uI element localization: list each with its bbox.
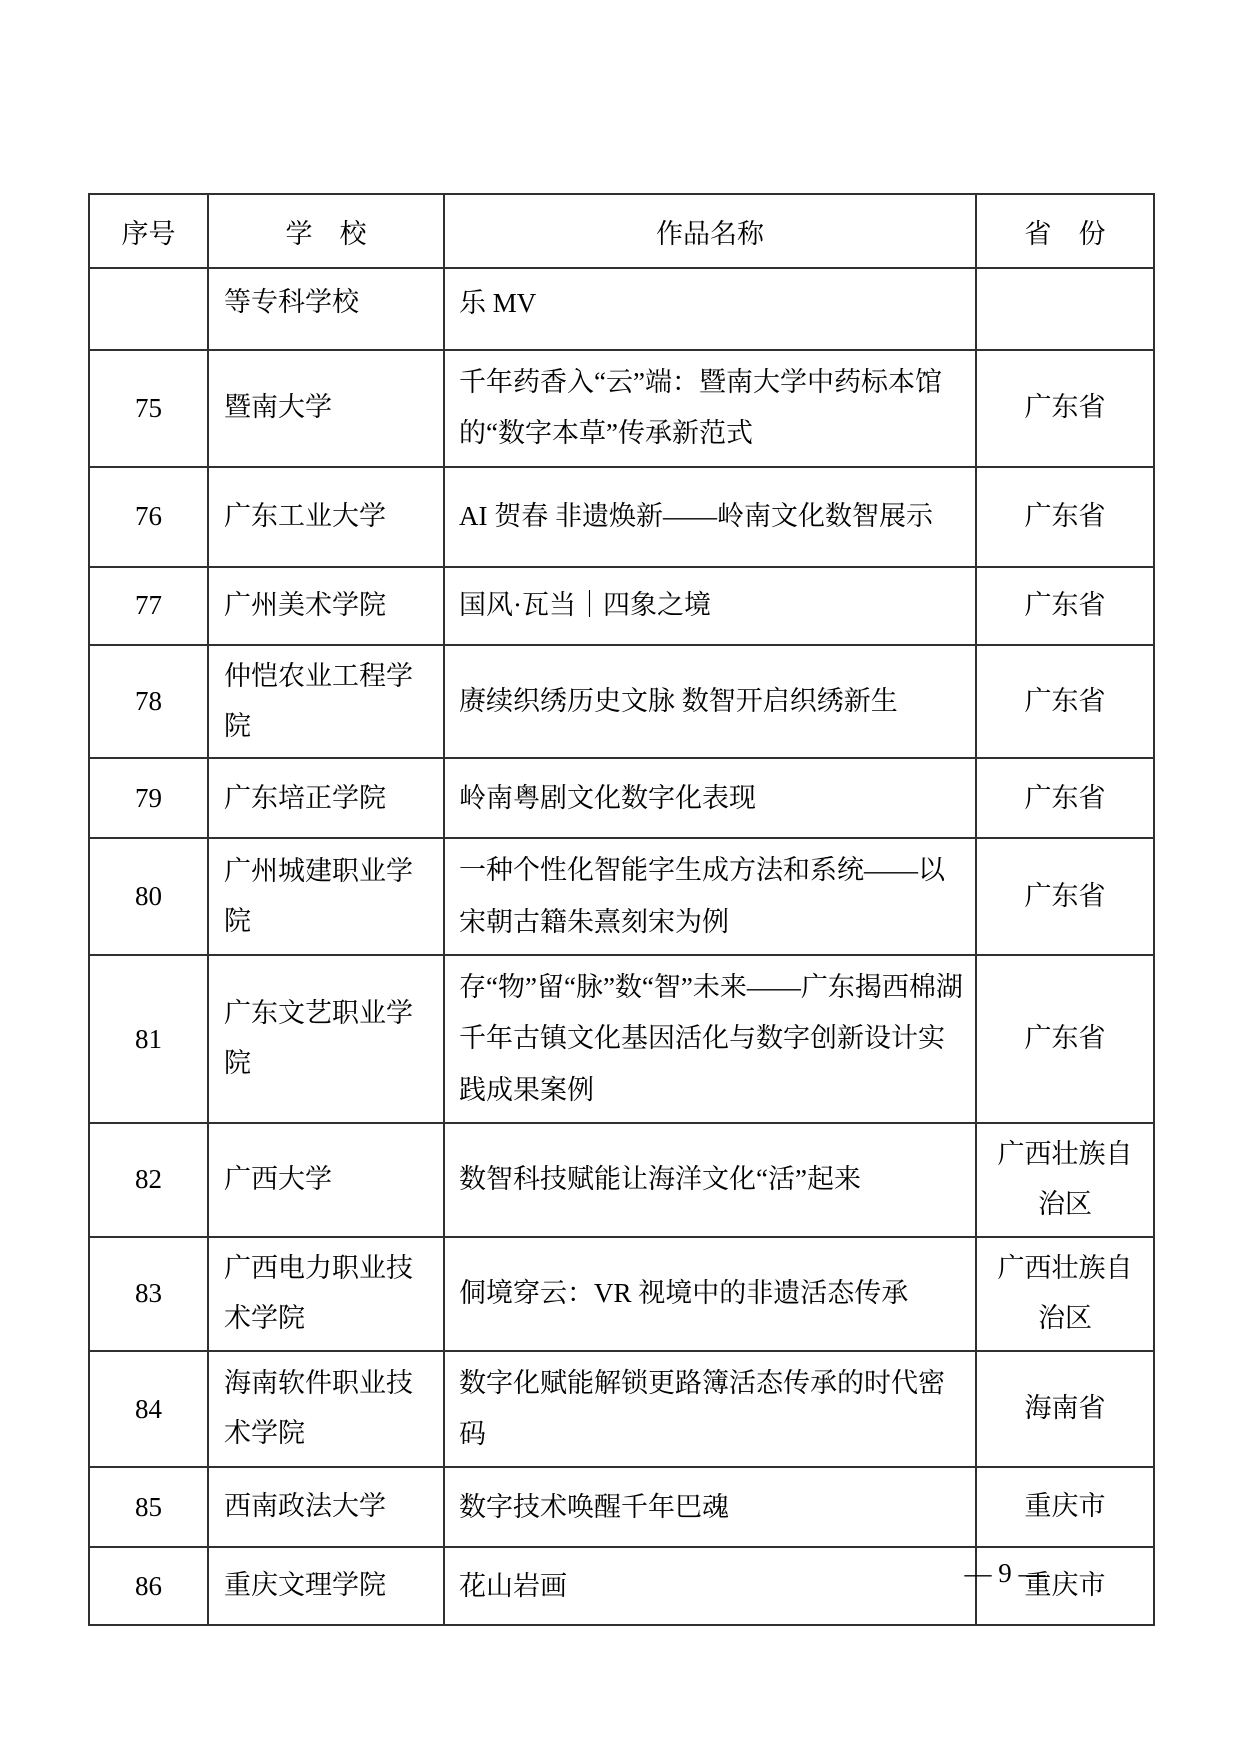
cell-work: 存“物”留“脉”数“智”未来——广东揭西棉湖千年古镇文化基因活化与数字创新设计实… <box>444 955 976 1123</box>
cell-no <box>89 268 208 350</box>
cell-school: 暨南大学 <box>208 350 444 467</box>
awards-table: 序号 学 校 作品名称 省 份 等专科学校 乐 MV 75 暨南大学 千年药香入… <box>88 193 1155 1626</box>
cell-province: 重庆市 <box>976 1467 1154 1547</box>
cell-work: AI 贺春 非遗焕新——岭南文化数智展示 <box>444 467 976 567</box>
table-row-76: 76 广东工业大学 AI 贺春 非遗焕新——岭南文化数智展示 广东省 <box>89 467 1154 567</box>
cell-no: 84 <box>89 1351 208 1468</box>
cell-no: 75 <box>89 350 208 467</box>
cell-school: 广西大学 <box>208 1123 444 1237</box>
cell-province: 广西壮族自治区 <box>976 1123 1154 1237</box>
table-row-75: 75 暨南大学 千年药香入“云”端：暨南大学中药标本馆的“数字本草”传承新范式 … <box>89 350 1154 467</box>
header-school: 学 校 <box>208 194 444 268</box>
cell-no: 76 <box>89 467 208 567</box>
table-row-83: 83 广西电力职业技术学院 侗境穿云：VR 视境中的非遗活态传承 广西壮族自治区 <box>89 1237 1154 1351</box>
cell-work: 数字化赋能解锁更路簿活态传承的时代密码 <box>444 1351 976 1468</box>
table-row-continued: 等专科学校 乐 MV <box>89 268 1154 350</box>
cell-province: 广东省 <box>976 955 1154 1123</box>
cell-no: 85 <box>89 1467 208 1547</box>
table-row-82: 82 广西大学 数智科技赋能让海洋文化“活”起来 广西壮族自治区 <box>89 1123 1154 1237</box>
cell-school: 广东工业大学 <box>208 467 444 567</box>
cell-work: 岭南粤剧文化数字化表现 <box>444 758 976 838</box>
table-row-79: 79 广东培正学院 岭南粤剧文化数字化表现 广东省 <box>89 758 1154 838</box>
cell-school: 广西电力职业技术学院 <box>208 1237 444 1351</box>
cell-no: 83 <box>89 1237 208 1351</box>
cell-work: 千年药香入“云”端：暨南大学中药标本馆的“数字本草”传承新范式 <box>444 350 976 467</box>
table-row-81: 81 广东文艺职业学院 存“物”留“脉”数“智”未来——广东揭西棉湖千年古镇文化… <box>89 955 1154 1123</box>
cell-no: 77 <box>89 567 208 645</box>
cell-no: 79 <box>89 758 208 838</box>
cell-school: 广州城建职业学院 <box>208 838 444 955</box>
cell-no: 78 <box>89 645 208 759</box>
cell-work: 乐 MV <box>444 268 976 350</box>
cell-province <box>976 268 1154 350</box>
header-work: 作品名称 <box>444 194 976 268</box>
cell-province: 广东省 <box>976 467 1154 567</box>
cell-no: 81 <box>89 955 208 1123</box>
cell-school: 等专科学校 <box>208 268 444 350</box>
table-row-80: 80 广州城建职业学院 一种个性化智能字生成方法和系统——以宋朝古籍朱熹刻宋为例… <box>89 838 1154 955</box>
cell-no: 86 <box>89 1547 208 1625</box>
table-row-78: 78 仲恺农业工程学院 赓续织绣历史文脉 数智开启织绣新生 广东省 <box>89 645 1154 759</box>
cell-no: 80 <box>89 838 208 955</box>
cell-province: 广东省 <box>976 838 1154 955</box>
cell-work: 数字技术唤醒千年巴魂 <box>444 1467 976 1547</box>
cell-work: 花山岩画 <box>444 1547 976 1625</box>
page-number: — 9 — <box>940 1558 1070 1589</box>
cell-no: 82 <box>89 1123 208 1237</box>
document-page: 序号 学 校 作品名称 省 份 等专科学校 乐 MV 75 暨南大学 千年药香入… <box>0 0 1241 1755</box>
cell-school: 广东文艺职业学院 <box>208 955 444 1123</box>
table-row-85: 85 西南政法大学 数字技术唤醒千年巴魂 重庆市 <box>89 1467 1154 1547</box>
cell-province: 广西壮族自治区 <box>976 1237 1154 1351</box>
cell-work: 国风·瓦当｜四象之境 <box>444 567 976 645</box>
table-header-row: 序号 学 校 作品名称 省 份 <box>89 194 1154 268</box>
cell-work: 一种个性化智能字生成方法和系统——以宋朝古籍朱熹刻宋为例 <box>444 838 976 955</box>
cell-province: 广东省 <box>976 645 1154 759</box>
cell-school: 海南软件职业技术学院 <box>208 1351 444 1468</box>
cell-school: 广东培正学院 <box>208 758 444 838</box>
cell-school: 广州美术学院 <box>208 567 444 645</box>
table-row-84: 84 海南软件职业技术学院 数字化赋能解锁更路簿活态传承的时代密码 海南省 <box>89 1351 1154 1468</box>
cell-province: 广东省 <box>976 567 1154 645</box>
cell-work: 数智科技赋能让海洋文化“活”起来 <box>444 1123 976 1237</box>
header-no: 序号 <box>89 194 208 268</box>
cell-province: 广东省 <box>976 758 1154 838</box>
cell-work: 赓续织绣历史文脉 数智开启织绣新生 <box>444 645 976 759</box>
cell-school: 西南政法大学 <box>208 1467 444 1547</box>
cell-province: 广东省 <box>976 350 1154 467</box>
cell-school: 仲恺农业工程学院 <box>208 645 444 759</box>
cell-school: 重庆文理学院 <box>208 1547 444 1625</box>
cell-work: 侗境穿云：VR 视境中的非遗活态传承 <box>444 1237 976 1351</box>
cell-province: 海南省 <box>976 1351 1154 1468</box>
header-province: 省 份 <box>976 194 1154 268</box>
table-row-77: 77 广州美术学院 国风·瓦当｜四象之境 广东省 <box>89 567 1154 645</box>
